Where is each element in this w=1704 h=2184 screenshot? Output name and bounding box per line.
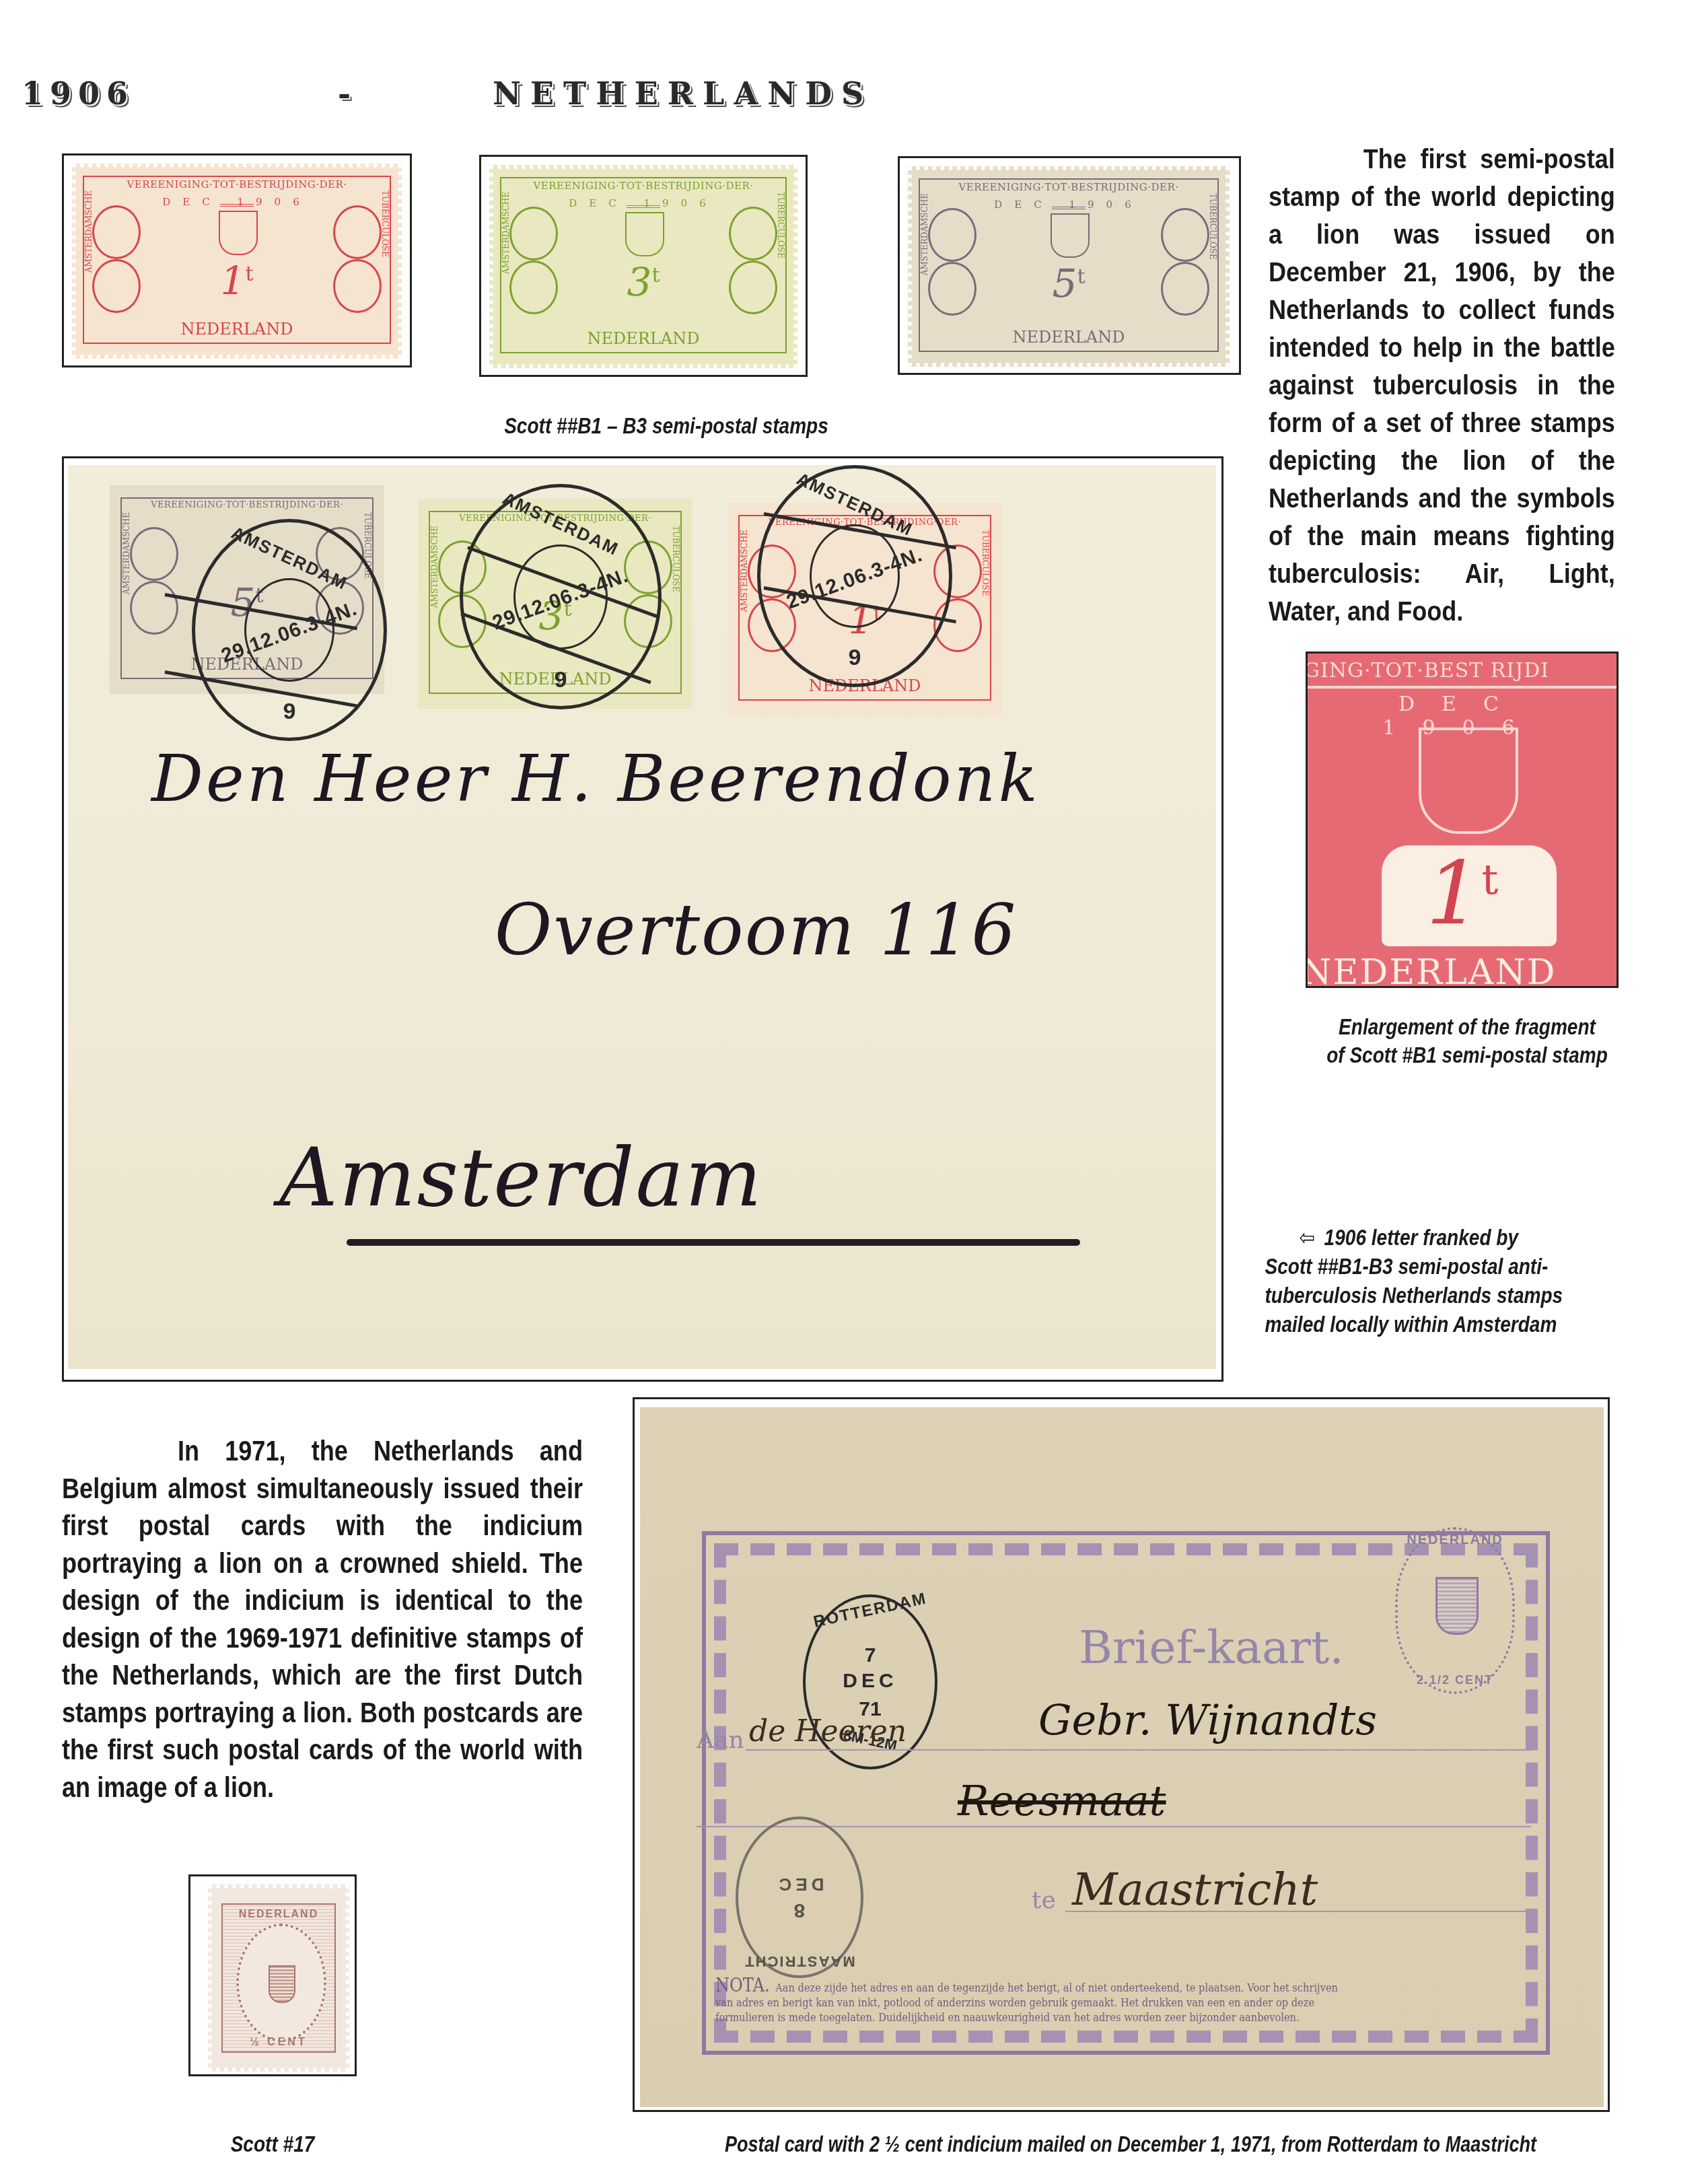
stamp-side-text: TUBERCULOSE [380,190,390,257]
label-aan: Aan [697,1726,744,1754]
stamp-side-text: TUBERCULOSE [776,192,785,258]
stamp-country: NEDERLAND [72,320,402,339]
cover-caption: ⇦1906 letter franked by Scott ##B1-B3 se… [1265,1224,1643,1339]
stamp17-country: NEDERLAND [223,1909,334,1921]
underline [347,1239,1080,1246]
enlargement-value: 1t [1308,842,1617,944]
postmark-maastricht: MAASTRICHT 8 DEC [736,1817,863,1978]
stamp-country: NEDERLAND [908,328,1230,347]
bird-medallion-icon [729,207,777,260]
label-te: te [1032,1887,1056,1914]
card-nota: NOTA.Aan deze zijde het adres en aan de … [715,1978,1352,2025]
cover-envelope: VEREENIGING·TOT·BESTRIJDING·DER· AMSTERD… [62,456,1223,1382]
stamp-value: 5t [908,260,1230,306]
address-line-1: Den Heer H. Beerendonk [151,741,1040,816]
stamp-header: VEREENIGING·TOT·BESTRIJDING·DER· [92,178,382,190]
sun-medallion-icon [928,208,977,262]
address-line-3: Amsterdam [279,1131,763,1225]
lion-shield-icon [269,1965,295,2003]
enlargement-header: GING·TOT·BEST RIJDI [1306,659,1549,682]
stamps-caption: Scott ##B1 – B3 semi-postal stamps [455,412,878,440]
card-indicium: NEDERLAND 2 1/2 CENT [1395,1527,1515,1694]
enlargement-country: NEDERLAND [1306,952,1557,988]
stamp17-caption: Scott #17 [213,2130,333,2158]
hand-line-2: Reesmaat [958,1776,1166,1825]
arrow-left-icon: ⇦ [1300,1225,1316,1250]
sun-medallion-icon [509,207,558,260]
address-line-2: Overtoom 116 [495,889,1017,971]
stamp-scott-17: NEDERLAND ½ CENT [188,1874,357,2076]
intro-paragraph: The first semi-postal stamp of the world… [1269,140,1615,630]
card-title: Brief-kaart. [1079,1621,1344,1675]
pearl-ring [236,1924,326,2042]
title-dash: - [338,75,357,112]
lion-shield-icon [1051,213,1090,258]
stamp-value: 3t [489,259,797,305]
hand-line-1a: de Heeren [749,1714,907,1749]
lion-shield-icon [1435,1577,1479,1635]
hand-line-3: Maastricht [1072,1864,1318,1915]
postal-card-caption: Postal card with 2 ½ cent indicium maile… [678,2130,1584,2158]
sun-medallion-icon [92,205,141,259]
title-country: NETHERLANDS [493,75,873,112]
stamp-header: VEREENIGING·TOT·BESTRIJDING·DER· [509,180,777,192]
stamp-header: VEREENIGING·TOT·BESTRIJDING·DER· [928,181,1209,193]
lion-shield-icon [219,211,258,255]
postmark-amsterdam: AMSTERDAM 29.12.06.3-4N. 9 [192,519,387,741]
hand-line-1b: Gebr. Wijnandts [1038,1695,1377,1745]
stamp-b2: VEREENIGING·TOT·BESTRIJDING·DER· DEC 190… [489,165,797,368]
lion-shield-icon [1419,728,1518,834]
stamp17-value: ½ CENT [223,2037,334,2049]
stamp-enlargement: GING·TOT·BEST RIJDI DEC 1906 1t NEDERLAN… [1306,651,1619,988]
postmark-amsterdam: AMSTERDAM 29.12.06.3-4N. 9 [757,465,952,687]
stamp-mount-b2: VEREENIGING·TOT·BESTRIJDING·DER· DEC 190… [479,155,808,377]
title-year: 1906 [22,75,135,112]
bird-medallion-icon [1161,208,1209,262]
stamp-b3: VEREENIGING·TOT·BESTRIJDING·DER· DEC 190… [908,166,1230,367]
enlargement-caption: Enlargement of the fragment of Scott #B1… [1295,1013,1639,1069]
paragraph-1971: In 1971, the Netherlands and Belgium alm… [62,1432,583,1806]
bird-medallion-icon [333,205,382,259]
lion-shield-icon [625,212,664,256]
stamp-side-text: TUBERCULOSE [1208,193,1217,260]
stamp-b1: VEREENIGING·TOT·BESTRIJDING·DER· DEC 190… [72,164,402,359]
stamp-mount-b1: VEREENIGING·TOT·BESTRIJDING·DER· DEC 190… [62,153,412,367]
stamp-mount-b3: VEREENIGING·TOT·BESTRIJDING·DER· DEC 190… [898,156,1241,375]
postal-card: Brief-kaart. NEDERLAND 2 1/2 CENT ROTTER… [633,1397,1610,2112]
stamp-country: NEDERLAND [489,329,797,348]
stamp-value: 1t [72,258,402,304]
